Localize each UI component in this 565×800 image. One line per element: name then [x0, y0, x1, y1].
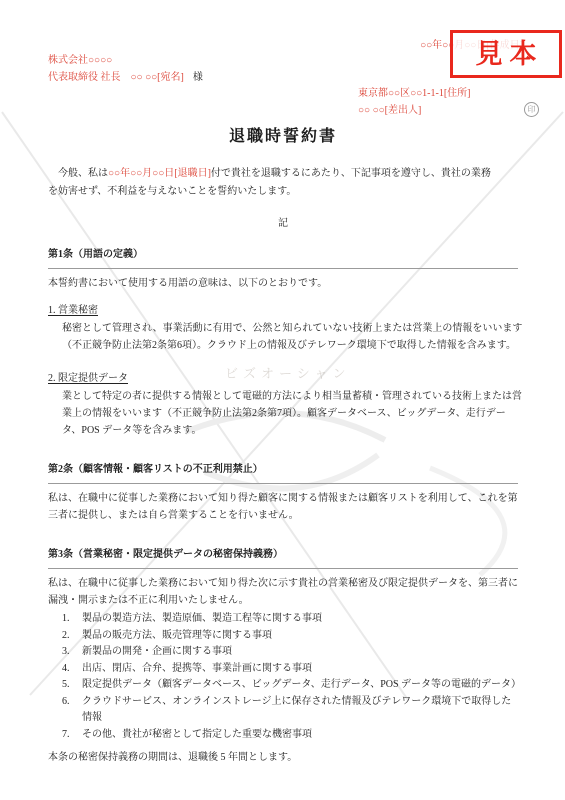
list-item-number: 4. [62, 661, 82, 678]
list-item: 7.その他、貴社が秘密として指定した重要な機密事項 [62, 727, 518, 744]
list-item: 5.限定提供データ（顧客データベース、ビッグデータ、走行データ、POS データ等… [62, 677, 518, 694]
list-item-text: 新製品の開発・企画に関する事項 [82, 644, 518, 661]
definition-2-line: 業として特定の者に提供する情報として電磁的方法により相当量蓄積・管理されている技… [62, 388, 518, 405]
article-2-line: 私は、在職中に従事した業務において知り得た顧客に関する情報または顧客リストを利用… [48, 490, 518, 507]
intro-text-line2: を妨害せず、不利益を与えないことを誓約いたします。 [48, 183, 518, 201]
list-item-number: 2. [62, 628, 82, 645]
list-item: 6.クラウドサービス、オンラインストレージ上に保存された情報及びテレワーク環境下… [62, 694, 518, 727]
recipient-block: 株式会社○○○○ 代表取締役 社長 ○○ ○○[宛名]様 [48, 52, 203, 86]
article-1-heading: 第1条（用語の定義） [48, 247, 518, 269]
recipient-honorific: 様 [193, 72, 203, 83]
list-item-text: 出店、閉店、合弁、提携等、事業計画に関する事項 [82, 661, 518, 678]
list-item-number: 7. [62, 727, 82, 744]
article-2-heading: 第2条（顧客情報・顧客リストの不正利用禁止） [48, 462, 518, 484]
list-item-number: 1. [62, 611, 82, 628]
definition-2-body: 業として特定の者に提供する情報として電磁的方法により相当量蓄積・管理されている技… [48, 388, 518, 439]
list-item-text: クラウドサービス、オンラインストレージ上に保存された情報及びテレワーク環境下で取… [82, 694, 518, 727]
definition-2-line: 業上の情報をいいます（不正競争防止法第2条第7項）。顧客データベース、ビッグデー… [62, 405, 518, 422]
definition-1-line: （不正競争防止法第2条第6項）。クラウド上の情報及びテレワーク環境下で取得した情… [62, 337, 518, 354]
article-3-body: 私は、在職中に従事した業務において知り得た次に示す貴社の営業秘密及び限定提供デー… [48, 575, 518, 609]
confidential-items-list: 1.製品の製造方法、製造原価、製造工程等に関する事項 2.製品の販売方法、販売管… [48, 611, 518, 743]
list-item-text: 限定提供データ（顧客データベース、ビッグデータ、走行データ、POS データ等の電… [82, 677, 518, 694]
list-item-text: 製品の販売方法、販売管理等に関する事項 [82, 628, 518, 645]
list-item-number: 6. [62, 694, 82, 727]
list-item: 1.製品の製造方法、製造原価、製造工程等に関する事項 [62, 611, 518, 628]
article-2-line: 三者に提供し、または自ら営業することを行いません。 [48, 507, 518, 524]
seal-mark: 印 [524, 102, 539, 117]
list-item-number: 3. [62, 644, 82, 661]
list-item: 3.新製品の開発・企画に関する事項 [62, 644, 518, 661]
list-item-text: 製品の製造方法、製造原価、製造工程等に関する事項 [82, 611, 518, 628]
article-3-heading: 第3条（営業秘密・限定提供データの秘密保持義務） [48, 547, 518, 569]
intro-text-post: 付で貴社を退職するにあたり、下記事項を遵守し、貴社の業務 [211, 168, 491, 179]
definition-1-line: 秘密として管理され、事業活動に有用で、公然と知られていない技術上または営業上の情… [62, 320, 518, 337]
retirement-date-placeholder: ○○年○○月○○日[退職日] [108, 168, 211, 179]
ki-marker: 記 [48, 215, 518, 232]
document-page: ビズオーシャン ○○年○○月○○日[作成日] 見本 株式会社○○○○ 代表取締役… [0, 0, 565, 800]
list-item: 2.製品の販売方法、販売管理等に関する事項 [62, 628, 518, 645]
article-1-body-line: 本誓約書において使用する用語の意味は、以下のとおりです。 [48, 275, 518, 292]
list-item-text: その他、貴社が秘密として指定した重要な機密事項 [82, 727, 518, 744]
sample-stamp: 見本 [450, 30, 562, 78]
sample-stamp-label: 見本 [476, 41, 544, 68]
retention-period-note: 本条の秘密保持義務の期間は、退職後 5 年間とします。 [48, 749, 518, 766]
article-1-body: 本誓約書において使用する用語の意味は、以下のとおりです。 [48, 275, 518, 292]
definition-1-body: 秘密として管理され、事業活動に有用で、公然と知られていない技術上または営業上の情… [48, 320, 518, 354]
recipient-name: 代表取締役 社長 ○○ ○○[宛名] [48, 72, 184, 83]
document-header: ○○年○○月○○日[作成日] 見本 株式会社○○○○ 代表取締役 社長 ○○ ○… [0, 0, 565, 127]
sender-block: 東京都○○区○○1-1-1[住所] ○○ ○○[差出人] 印 [358, 85, 470, 119]
sender-address: 東京都○○区○○1-1-1[住所] [358, 85, 470, 102]
article-3-line: 漏洩・開示または不正に利用いたしません。 [48, 592, 518, 609]
definition-2-line: タ、POS データ等を含みます。 [62, 422, 518, 439]
list-item-number: 5. [62, 677, 82, 694]
list-item: 4.出店、閉店、合弁、提携等、事業計画に関する事項 [62, 661, 518, 678]
definition-2-term: 2. 限定提供データ [48, 371, 518, 386]
document-body: 退職時誓約書 今般、私は○○年○○月○○日[退職日]付で貴社を退職するにあたり、… [0, 127, 565, 766]
sender-name: ○○ ○○[差出人] [358, 102, 470, 119]
intro-text-pre: 今般、私は [48, 168, 108, 179]
document-title: 退職時誓約書 [48, 127, 518, 147]
definition-1-term: 1. 営業秘密 [48, 303, 518, 318]
recipient-company: 株式会社○○○○ [48, 52, 203, 69]
article-3-line: 私は、在職中に従事した業務において知り得た次に示す貴社の営業秘密及び限定提供デー… [48, 575, 518, 592]
article-2-body: 私は、在職中に従事した業務において知り得た顧客に関する情報または顧客リストを利用… [48, 490, 518, 524]
intro-paragraph: 今般、私は○○年○○月○○日[退職日]付で貴社を退職するにあたり、下記事項を遵守… [48, 165, 518, 200]
